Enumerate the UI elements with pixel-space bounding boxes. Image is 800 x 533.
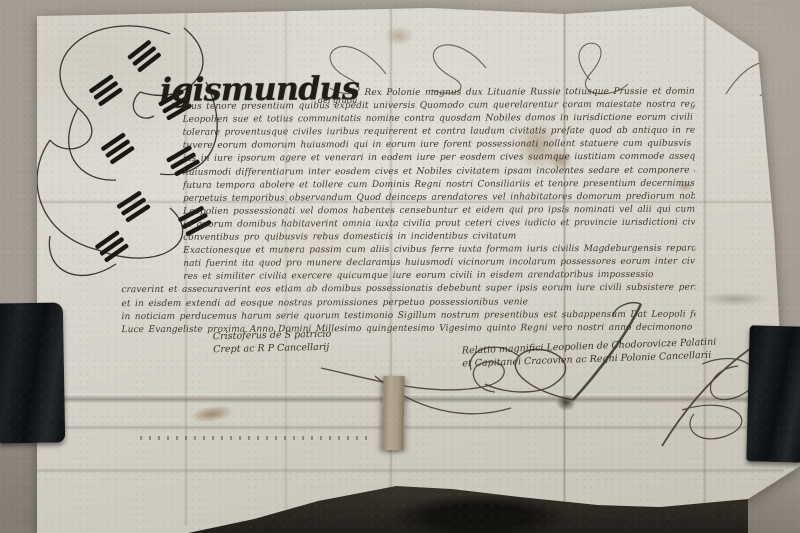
stain (189, 403, 235, 425)
photo-of-parchment-charter: igismundus dei gratia Rex Polonie magnus… (0, 0, 800, 533)
horizontal-fold-crease (36, 468, 784, 473)
left-paperweight (0, 302, 65, 443)
right-paperweight (746, 325, 800, 462)
signature-right-relatio: Relatio magnifici Leopolien de Chodorovi… (462, 337, 717, 371)
seal-tag-strip (382, 376, 404, 450)
vertical-fold-crease (703, 6, 707, 526)
ink-blot (556, 394, 576, 411)
horizontal-fold-crease-plica (36, 394, 784, 403)
stain (384, 26, 414, 46)
smudge (700, 292, 770, 306)
signature-left-chancery: Cristoferus de S patricioCrept ac R P Ca… (213, 329, 332, 356)
parchment-sheet-wrap: igismundus dei gratia Rex Polonie magnus… (0, 0, 800, 533)
parchment-sheet: igismundus dei gratia Rex Polonie magnus… (0, 0, 800, 533)
manuscript-body: Rex Polonie magnus dux Lituanie Russie t… (62, 87, 695, 339)
signature-line: Crept ac R P Cancellarij (213, 341, 332, 356)
horizontal-fold-crease (36, 425, 784, 430)
dirt-specks-along-fold (140, 436, 370, 440)
manuscript-line: Luce Evangeliste proxima Anno Domini Mil… (63, 322, 695, 338)
